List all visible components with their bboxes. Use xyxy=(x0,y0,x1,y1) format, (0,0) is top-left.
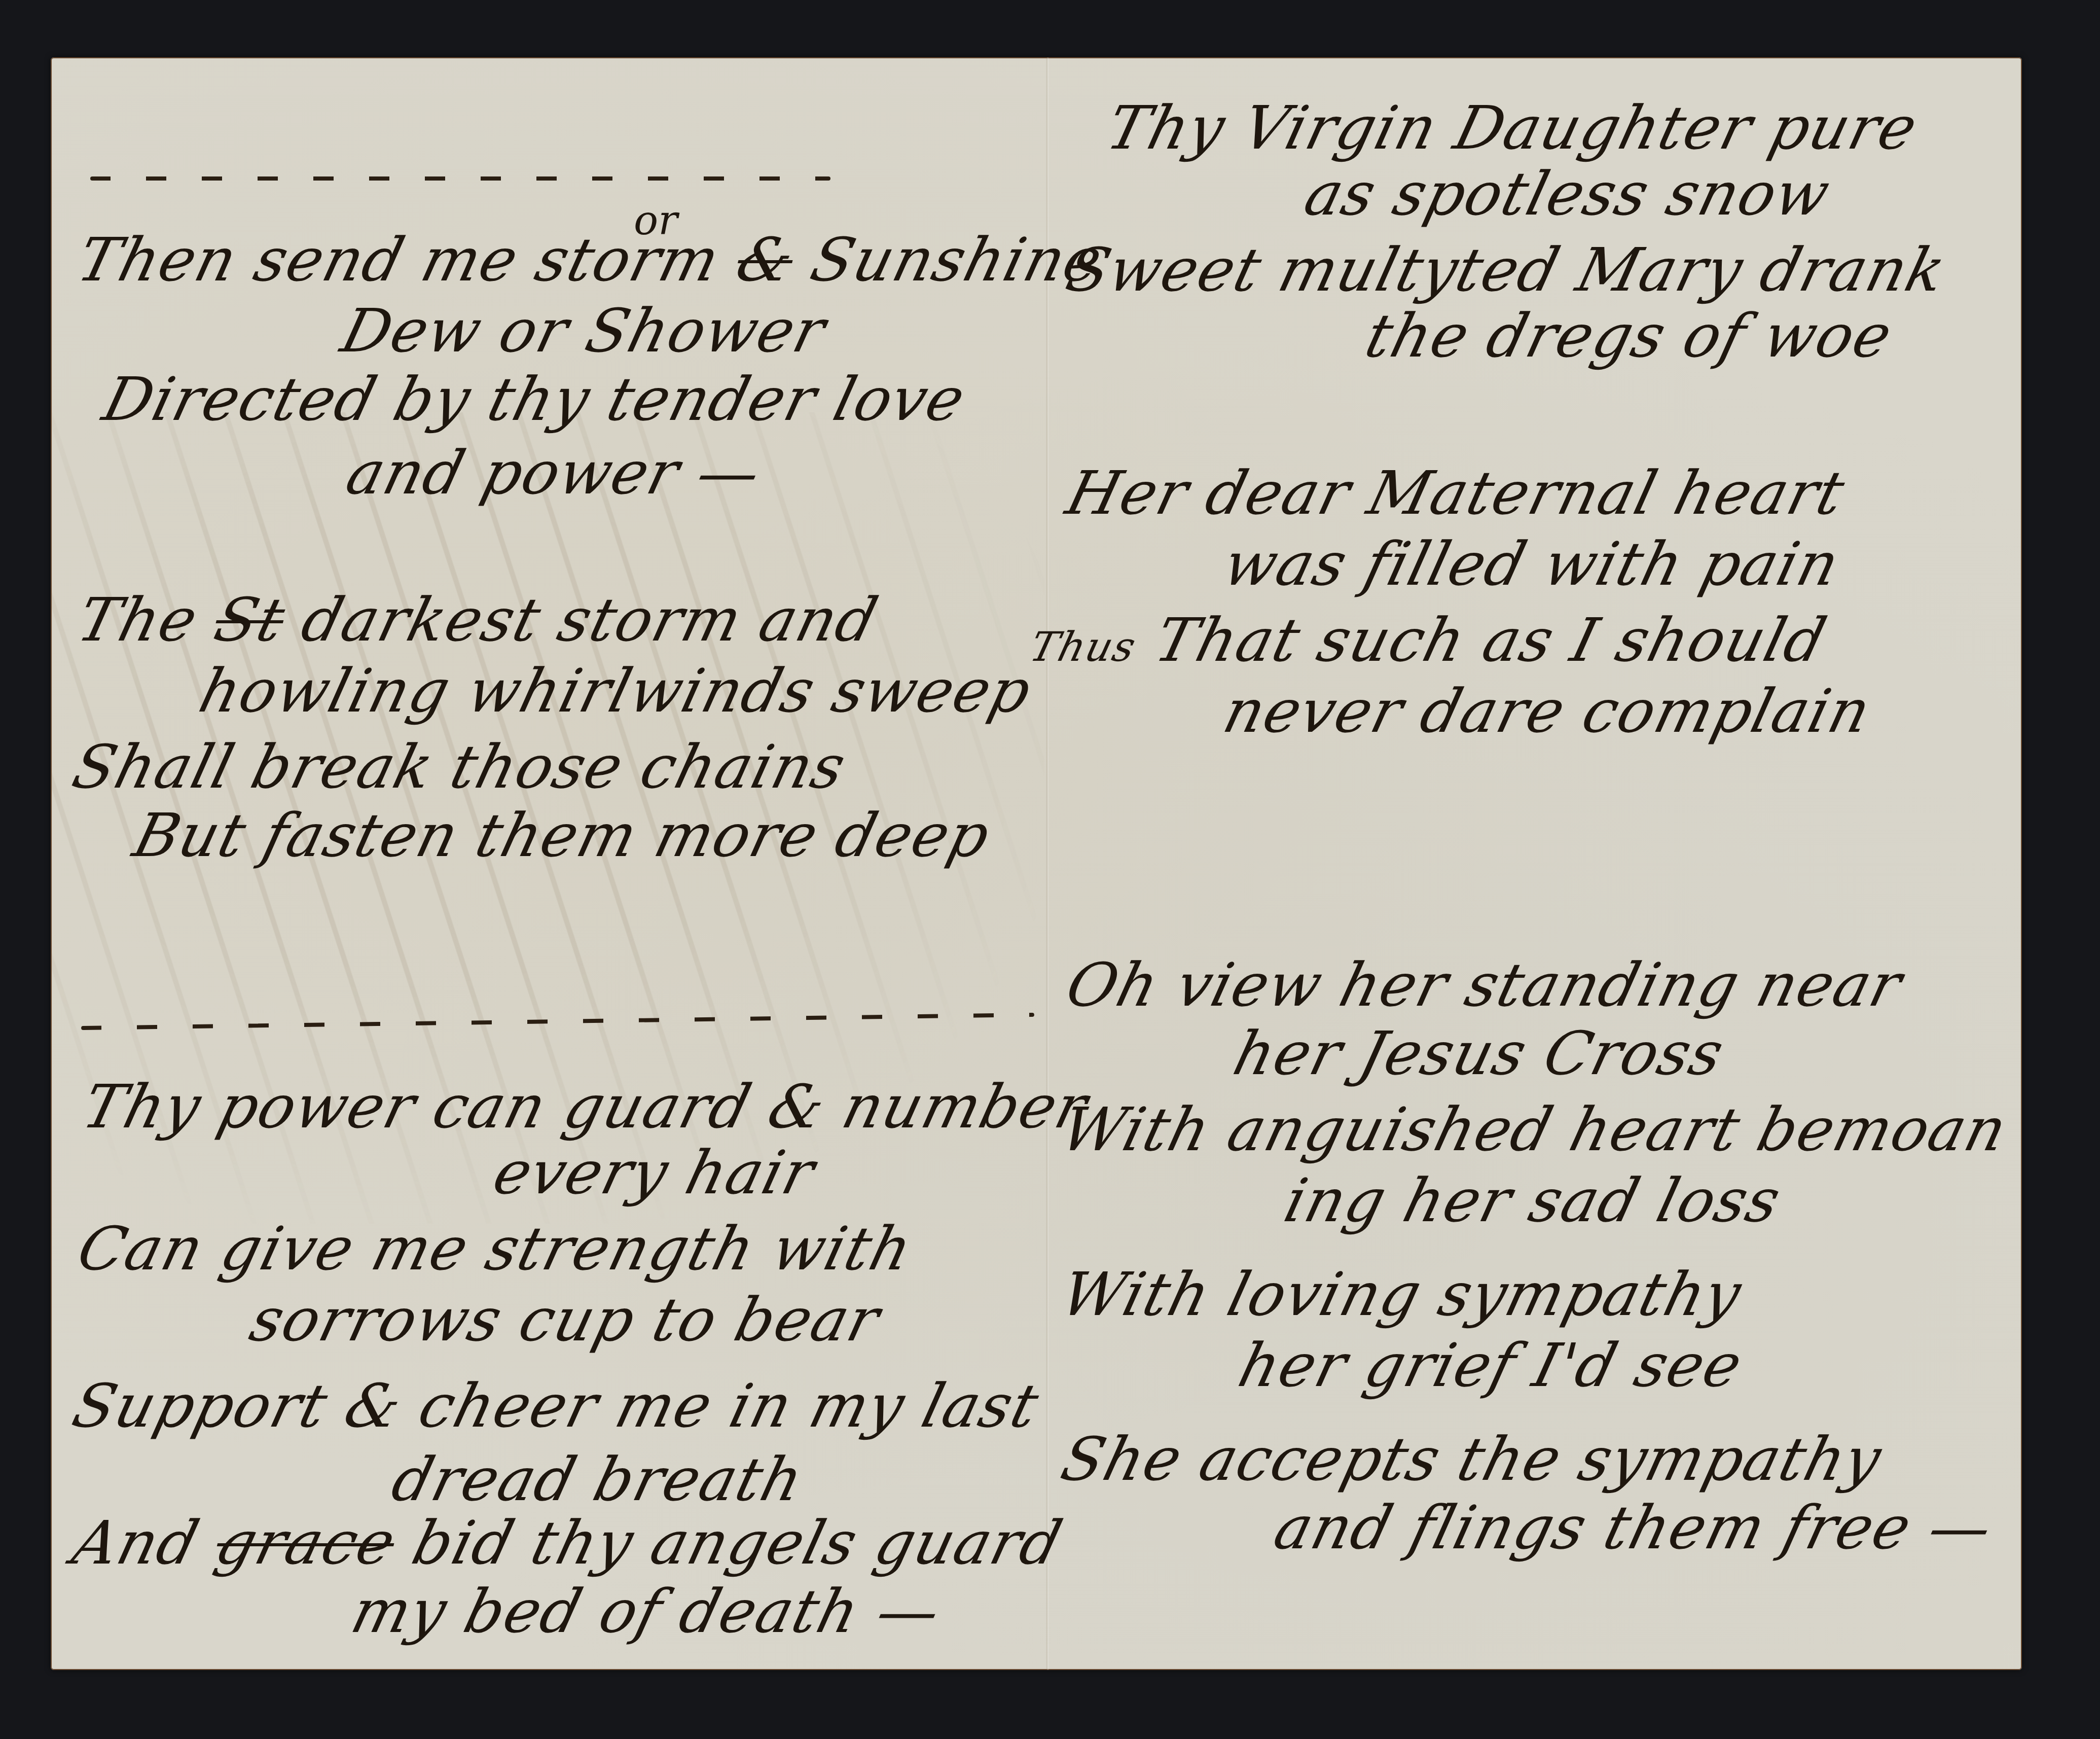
poem-line: Directed by thy tender love xyxy=(96,364,972,434)
poem-line: as spotless snow xyxy=(1298,159,1837,229)
poem-line: never dare complain xyxy=(1217,676,1878,746)
poem-line: Her dear Maternal heart xyxy=(1060,458,1852,528)
interlinear-insertion: or xyxy=(634,197,677,244)
poem-line: With anguished heart bemoan xyxy=(1055,1094,2015,1164)
poem-line: dread breath xyxy=(385,1444,811,1514)
poem-line: But fasten them more deep xyxy=(127,800,997,870)
poem-line: Sweet multyted Mary drank xyxy=(1060,235,1953,305)
poem-line: Then send me storm & Sunshine xyxy=(71,225,1110,295)
poem-line: and flings them free — xyxy=(1268,1493,2000,1563)
poem-line: her grief I'd see xyxy=(1232,1330,1750,1400)
poem-line: Shall break those chains xyxy=(66,732,853,802)
margin-insertion: Thus xyxy=(1025,623,1141,670)
section-divider-top xyxy=(90,176,830,181)
poem-line: and power — xyxy=(340,438,768,508)
poem-line: her Jesus Cross xyxy=(1227,1018,1731,1088)
poem-line: Thy power can guard & number xyxy=(76,1072,1095,1142)
struck-word: & xyxy=(730,225,802,295)
poem-line: Thy Virgin Daughter pure xyxy=(1100,93,1925,163)
struck-word: St xyxy=(208,585,293,655)
poem-line: Can give me strength with xyxy=(71,1214,920,1284)
struck-word: grace xyxy=(209,1508,403,1578)
poem-line: my bed of death — xyxy=(345,1576,948,1646)
poem-line: Oh view her standing near xyxy=(1060,950,1909,1020)
manuscript-page: Then send me storm & Sunshine or Dew or … xyxy=(51,57,2022,1670)
poem-line: She accepts the sympathy xyxy=(1055,1424,1889,1494)
poem-line: howling whirlwinds sweep xyxy=(193,656,1039,726)
poem-line: Thus That such as I should xyxy=(1024,605,1834,675)
poem-line: every hair xyxy=(487,1138,822,1208)
poem-line: Support & cheer me in my last xyxy=(66,1371,1046,1441)
poem-line: ing her sad loss xyxy=(1278,1165,1788,1235)
poem-line: Dew or Shower xyxy=(335,296,833,366)
center-fold xyxy=(1046,57,1049,1670)
poem-line: With loving sympathy xyxy=(1055,1259,1749,1329)
poem-line: was filled with pain xyxy=(1217,529,1847,599)
poem-line: And grace bid thy angels guard xyxy=(66,1508,1070,1578)
poem-line: sorrows cup to bear xyxy=(243,1285,887,1355)
poem-line: The St darkest storm and xyxy=(71,585,885,655)
poem-line: the dregs of woe xyxy=(1359,301,1900,371)
